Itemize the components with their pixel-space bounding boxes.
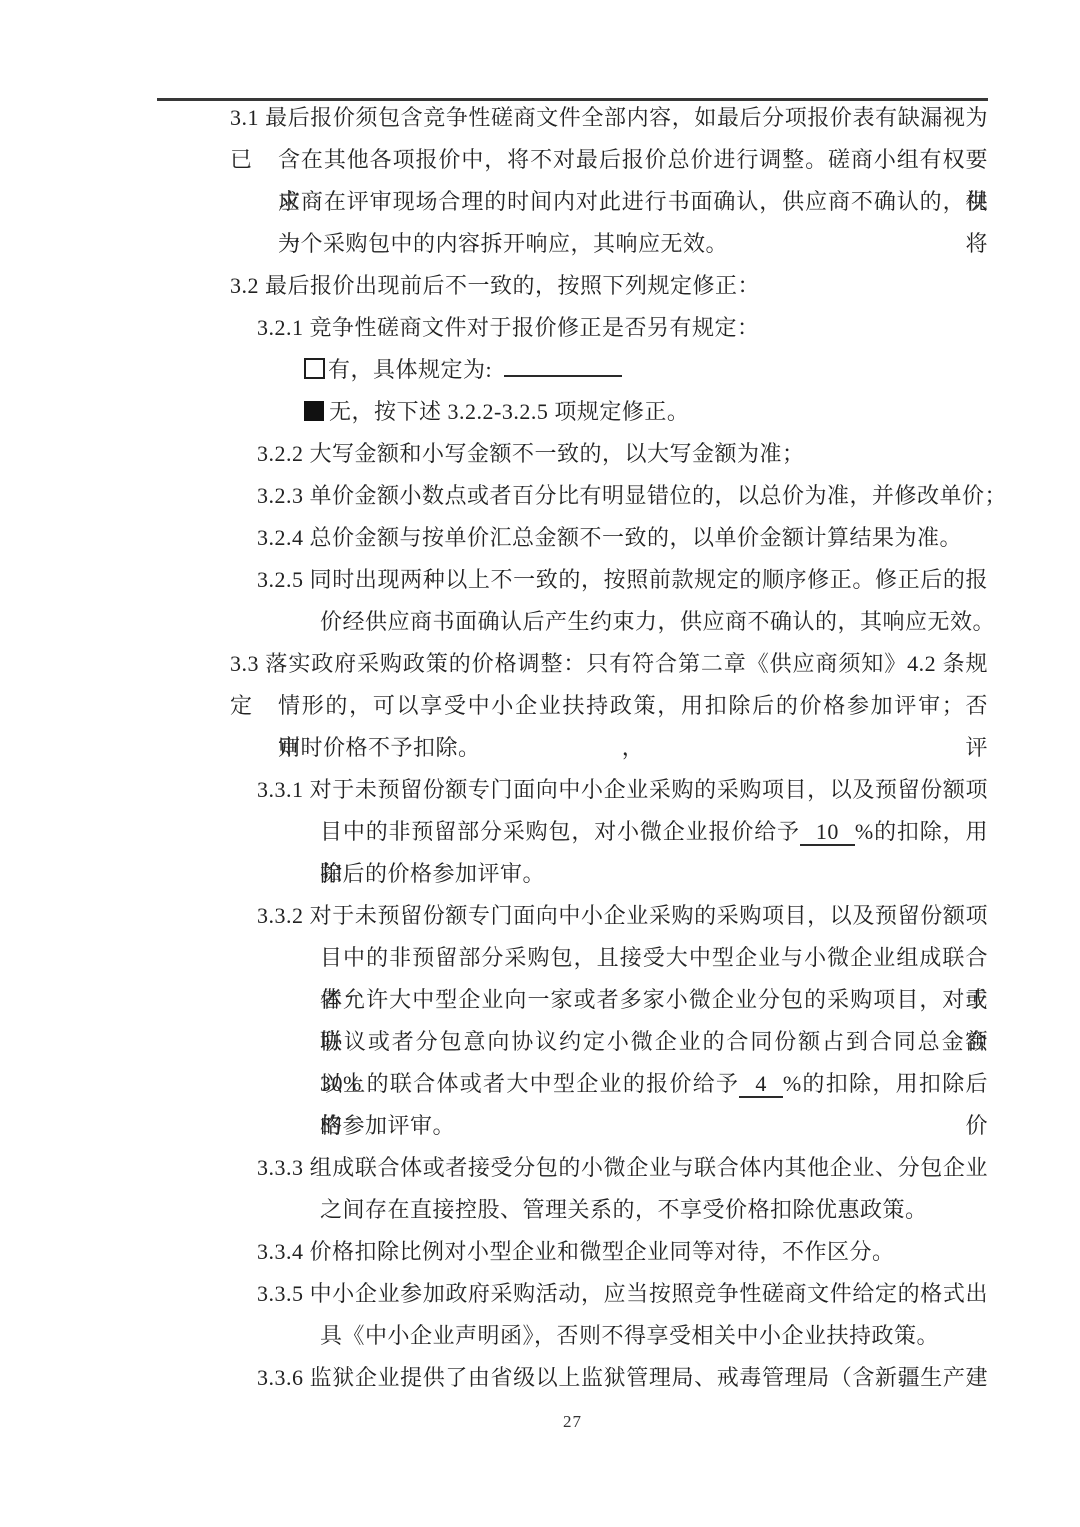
text-line: 3.3.4 价格扣除比例对小型企业和微型企业同等对待，不作区分。 [0,1231,1080,1273]
text-run: 3.2.2 大写金额和小写金额不一致的，以大写金额为准； [257,441,805,466]
text-line: 3.1 最后报价须包含竞争性磋商文件全部内容，如最后分项报价表有缺漏视为已 [0,97,1080,139]
text-run: 除后的价格参加评审。 [320,861,545,886]
document-body: 3.1 最后报价须包含竞争性磋商文件全部内容，如最后分项报价表有缺漏视为已含在其… [0,97,1080,1399]
text-run: 一个采购包中的内容拆开响应，其响应无效。 [278,231,728,256]
text-run: 3.2 最后报价出现前后不一致的，按照下列规定修正： [230,273,760,298]
text-run: 有，具体规定为: [328,357,498,382]
text-line: 者允许大中型企业向一家或者多家小微企业分包的采购项目，对于联合 [0,979,1080,1021]
text-line: 价经供应商书面确认后产生约束力，供应商不确认的，其响应无效。 [0,601,1080,643]
text-run: 具《中小企业声明函》，否则不得享受相关中小企业扶持政策。 [320,1323,939,1348]
text-line: 除后的价格参加评审。 [0,853,1080,895]
text-run: 3.3.5 中小企业参加政府采购活动，应当按照竞争性磋商文件给定的格式出 [257,1281,988,1306]
text-line: 含在其他各项报价中，将不对最后报价总价进行调整。磋商小组有权要求供 [0,139,1080,181]
text-run: 格参加评审。 [320,1113,455,1138]
text-line: 3.3 落实政府采购政策的价格调整：只有符合第二章《供应商须知》4.2 条规定 [0,643,1080,685]
text-line: 3.2 最后报价出现前后不一致的，按照下列规定修正： [0,265,1080,307]
underlined-value: 4 [739,1071,783,1098]
text-line: 之间存在直接控股、管理关系的，不享受价格扣除优惠政策。 [0,1189,1080,1231]
text-line: 3.2.1 竞争性磋商文件对于报价修正是否另有规定： [0,307,1080,349]
text-line: 情形的，可以享受中小企业扶持政策，用扣除后的价格参加评审；否则，评 [0,685,1080,727]
text-run: 3.3.3 组成联合体或者接受分包的小微企业与联合体内其他企业、分包企业 [257,1155,988,1180]
text-line: 3.2.3 单价金额小数点或者百分比有明显错位的，以总价为准，并修改单价； [0,475,1080,517]
text-run: 3.3.2 对于未预留份额专门面向中小企业采购的采购项目，以及预留份额项 [257,903,988,928]
text-run: 无，按下述 3.2.2-3.2.5 项规定修正。 [329,399,689,424]
text-line: 应商在评审现场合理的时间内对此进行书面确认，供应商不确认的，视为将 [0,181,1080,223]
text-line: 3.3.1 对于未预留份额专门面向中小企业采购的采购项目，以及预留份额项 [0,769,1080,811]
text-line: 无，按下述 3.2.2-3.2.5 项规定修正。 [0,391,1080,433]
text-run: 3.2.4 总价金额与按单价汇总金额不一致的，以单价金额计算结果为准。 [257,525,962,550]
text-run: 3.2.3 单价金额小数点或者百分比有明显错位的，以总价为准，并修改单价； [257,483,1007,508]
text-run: 3.2.1 竞争性磋商文件对于报价修正是否另有规定： [257,315,760,340]
underlined-value: 10 [800,819,855,846]
blank-underline [504,353,622,377]
text-run: 3.3.6 监狱企业提供了由省级以上监狱管理局、戒毒管理局（含新疆生产建 [257,1365,988,1390]
checkbox-filled-icon [304,401,324,421]
text-run: 之间存在直接控股、管理关系的，不享受价格扣除优惠政策。 [320,1197,928,1222]
text-line: 3.3.5 中小企业参加政府采购活动，应当按照竞争性磋商文件给定的格式出 [0,1273,1080,1315]
text-run: 3.3.4 价格扣除比例对小型企业和微型企业同等对待，不作区分。 [257,1239,895,1264]
page-number: 27 [157,1412,988,1432]
text-line: 3.2.4 总价金额与按单价汇总金额不一致的，以单价金额计算结果为准。 [0,517,1080,559]
text-line: 以上的联合体或者大中型企业的报价给予4%的扣除，用扣除后的价 [0,1063,1080,1105]
text-line: 3.2.2 大写金额和小写金额不一致的，以大写金额为准； [0,433,1080,475]
text-line: 3.3.6 监狱企业提供了由省级以上监狱管理局、戒毒管理局（含新疆生产建 [0,1357,1080,1399]
text-run: 3.2.5 同时出现两种以上不一致的，按照前款规定的顺序修正。修正后的报 [257,567,988,592]
text-line: 有，具体规定为: [0,349,1080,391]
text-run: 3.3.1 对于未预留份额专门面向中小企业采购的采购项目，以及预留份额项 [257,777,988,802]
text-line: 协议或者分包意向协议约定小微企业的合同份额占到合同总金额 30% [0,1021,1080,1063]
text-line: 3.3.3 组成联合体或者接受分包的小微企业与联合体内其他企业、分包企业 [0,1147,1080,1189]
text-line: 目中的非预留部分采购包，且接受大中型企业与小微企业组成联合体或 [0,937,1080,979]
text-run: 价经供应商书面确认后产生约束力，供应商不确认的，其响应无效。 [320,609,995,634]
checkbox-empty-icon [304,358,325,379]
text-line: 3.2.5 同时出现两种以上不一致的，按照前款规定的顺序修正。修正后的报 [0,559,1080,601]
text-run: 审时价格不予扣除。 [278,735,481,760]
text-line: 3.3.2 对于未预留份额专门面向中小企业采购的采购项目，以及预留份额项 [0,895,1080,937]
text-run: 目中的非预留部分采购包，对小微企业报价给予 [320,819,800,844]
text-run: 以上的联合体或者大中型企业的报价给予 [320,1071,739,1096]
document-page: 3.1 最后报价须包含竞争性磋商文件全部内容，如最后分项报价表有缺漏视为已含在其… [0,0,1080,1527]
text-line: 目中的非预留部分采购包，对小微企业报价给予10%的扣除，用扣 [0,811,1080,853]
text-line: 具《中小企业声明函》，否则不得享受相关中小企业扶持政策。 [0,1315,1080,1357]
